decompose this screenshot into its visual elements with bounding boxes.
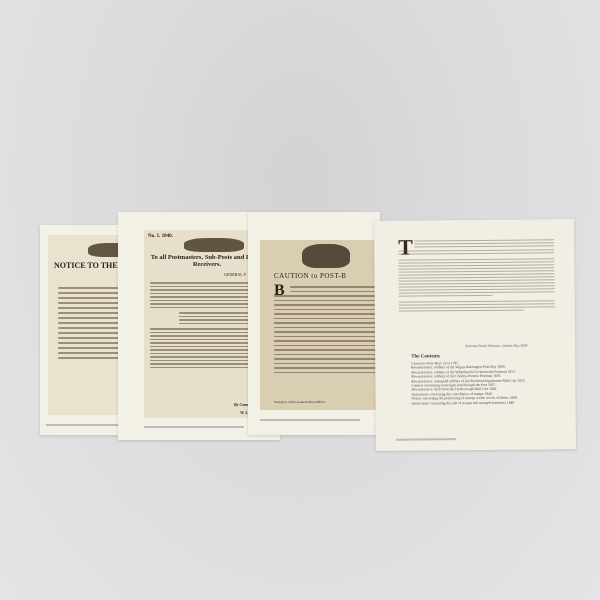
sheet-caption: [260, 419, 360, 421]
postmasters-number: No. 1. 1840.: [148, 234, 173, 239]
contents-list: Caution to Post-Boys circa 1795. Reward …: [411, 360, 561, 405]
document-sheet-contents: T National Postal Museum, London May 200…: [374, 219, 576, 451]
notice-title: NOTICE TO THE P: [54, 261, 124, 270]
postmasters-heading: GENERAL P: [224, 272, 246, 277]
contents-item: Instructions concerning the sale of stam…: [412, 400, 562, 406]
royal-crest-icon: [302, 244, 350, 268]
caution-print: CAUTION to POST-B B Surveyor of the Gene…: [260, 240, 380, 410]
sheet-caption: [144, 426, 244, 428]
document-sheet-caution: CAUTION to POST-B B Surveyor of the Gene…: [248, 212, 380, 435]
contents-credit: National Postal Museum, London May 2000: [465, 344, 527, 349]
caution-title: CAUTION to POST-B: [274, 272, 346, 280]
sheet-caption: [396, 438, 456, 441]
royal-crest-icon: [184, 238, 244, 252]
contents-heading: The Contents: [411, 354, 440, 359]
caution-signoff: Surveyor of the General Post-Office.: [274, 400, 326, 404]
